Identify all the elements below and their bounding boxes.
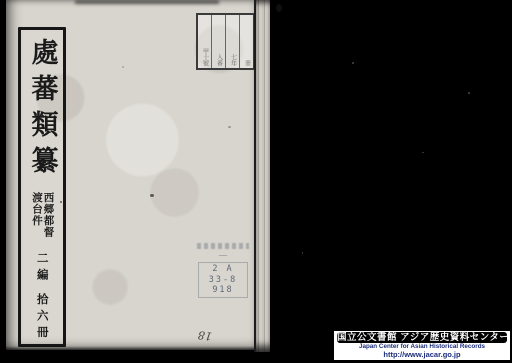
call-number-box: 2 A 33-8 918 (198, 262, 248, 298)
call-number-line: 918 (201, 285, 245, 296)
subtitle-part: 二編 (36, 252, 48, 285)
faded-stamp-text (197, 243, 249, 249)
ink-speck (150, 194, 154, 197)
call-number-stamp: — 2 A 33-8 918 (192, 243, 254, 309)
jacar-logo-japanese-name: 国立公文書館 アジア歴史資料センター (337, 332, 507, 343)
ink-speck (122, 66, 124, 68)
call-number-line: 33-8 (201, 275, 245, 286)
label-column-text: 入番 (216, 54, 222, 66)
subtitle-columns: 西郷都督 渡台件 (30, 192, 53, 244)
stamp-dash: — (192, 252, 254, 261)
call-number-line: 2 A (201, 264, 245, 275)
main-title: 處蕃類纂 (29, 38, 56, 182)
subtitle-left-column: 渡台件 (30, 192, 42, 244)
label-column-text: 甲十號 (202, 48, 208, 66)
label-column: 冊 (239, 15, 253, 68)
ink-speck (60, 201, 62, 203)
jacar-logo-english-name: Japan Center for Asian Historical Record… (337, 343, 507, 350)
jacar-logo: 国立公文書館 アジア歴史資料センター Japan Center for Asia… (334, 331, 510, 360)
dust-speck (302, 252, 303, 254)
label-column: 入番 (211, 15, 225, 68)
label-column-text: 冊 (244, 60, 250, 66)
dust-speck (468, 92, 470, 94)
handwritten-page-number: 18 (197, 328, 212, 343)
book-fore-edge (254, 0, 270, 352)
label-column: 甲十號 (198, 15, 211, 68)
subtitle-right-column: 西郷都督 (42, 192, 54, 244)
volume-count: 拾六冊 (36, 293, 48, 343)
dust-speck (352, 62, 354, 64)
corner-classification-label: 甲十號 入番 七年 冊 (196, 13, 255, 70)
label-column: 七年 (225, 15, 239, 68)
scanned-document-page: 處蕃類纂 西郷都督 渡台件 二編 拾六冊 甲十號 入番 七年 冊 (0, 0, 512, 363)
book-cover-scan: 處蕃類纂 西郷都督 渡台件 二編 拾六冊 甲十號 入番 七年 冊 (6, 0, 254, 350)
ink-speck (228, 126, 231, 128)
jacar-logo-url: http://www.jacar.go.jp (337, 350, 507, 359)
dust-speck (422, 152, 424, 153)
label-column-text: 七年 (230, 54, 236, 66)
scan-edge-mark (276, 4, 282, 12)
title-slip: 處蕃類纂 西郷都督 渡台件 二編 拾六冊 (18, 27, 66, 347)
